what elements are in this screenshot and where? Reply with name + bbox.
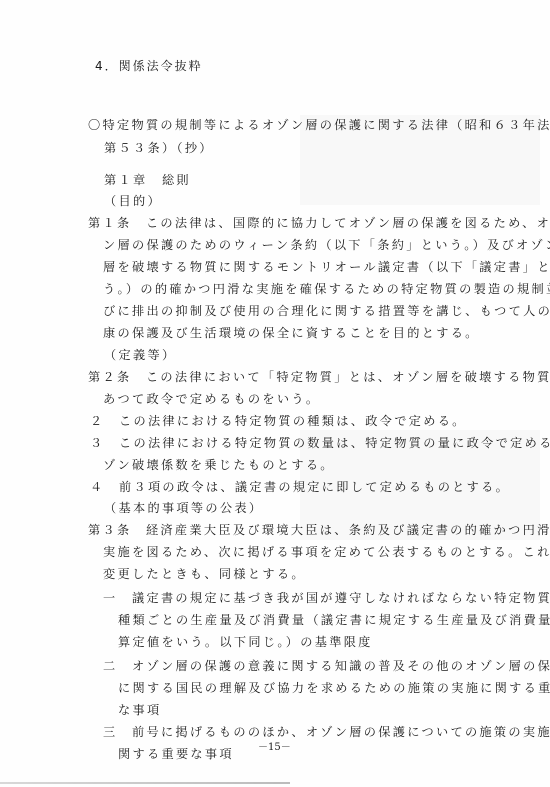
document-page: 4．関係法令抜粋 〇特定物質の規制等によるオゾン層の保護に関する法律（昭和６３年…	[0, 0, 550, 787]
article-3-line: 実施を図るため、次に掲げる事項を定めて公表するものとする。これを	[103, 544, 550, 560]
article-1-line: 層を破壊する物質に関するモントリオール議定書（以下「議定書」とい	[103, 259, 550, 275]
article-3-line: 変更したときも、同様とする。	[103, 566, 306, 582]
article-1-line: ン層の保護のためのウィーン条約（以下「条約」という。）及びオゾン	[103, 237, 550, 253]
article-2-line: ２ この法律における特定物質の種類は、政令で定める。	[90, 413, 467, 429]
article-2-line: あつて政令で定めるものをいう。	[103, 391, 320, 407]
scan-edge	[0, 782, 290, 784]
article-3-line: 第３条 経済産業大臣及び環境大臣は、条約及び議定書の的確かつ円滑な	[88, 522, 550, 538]
article-3-item: に関する国民の理解及び協力を求めるための施策の実施に関する重要	[118, 680, 550, 696]
page-number: －15－	[258, 740, 291, 756]
article-2-line: 第２条 この法律において「特定物質」とは、オゾン層を破壊する物質で	[88, 369, 550, 385]
article-1-line: 康の保護及び生活環境の保全に資することを目的とする。	[103, 325, 480, 341]
article-2-line: ３ この法律における特定物質の数量は、特定物質の量に政令で定めるオ	[90, 435, 550, 451]
article-3-item: 一 議定書の規定に基づき我が国が遵守しなければならない特定物質の	[103, 590, 550, 606]
law-title-cont: 第５３条）（抄）	[104, 140, 214, 156]
article-3-item: 関する重要な事項	[118, 746, 234, 762]
article-3-item: 種類ごとの生産量及び消費量（議定書に規定する生産量及び消費量の	[118, 612, 550, 628]
article-1-line: 第１条 この法律は、国際的に協力してオゾン層の保護を図るため、オゾ	[88, 215, 550, 231]
article-1-line: びに排出の抑制及び使用の合理化に関する措置等を講じ、もつて人の健	[103, 303, 550, 319]
article-2-line: ４ 前３項の政令は、議定書の規定に即して定めるものとする。	[90, 479, 510, 495]
section-title: 4．関係法令抜粋	[95, 58, 203, 74]
article-3-item: 三 前号に掲げるもののほか、オゾン層の保護についての施策の実施に	[103, 724, 550, 740]
article-3-item: 二 オゾン層の保護の意義に関する知識の普及その他のオゾン層の保護	[103, 658, 550, 674]
article-3-item: な事項	[118, 702, 161, 718]
article-3-item: 算定値をいう。以下同じ。）の基準限度	[118, 634, 373, 650]
chapter-heading: 第１章 総則	[104, 172, 191, 188]
law-title: 〇特定物質の規制等によるオゾン層の保護に関する法律（昭和６３年法律	[88, 117, 550, 133]
article-2-heading: （定義等）	[104, 347, 176, 363]
article-1-line: う。）の的確かつ円滑な実施を確保するための特定物質の製造の規制並	[103, 281, 550, 297]
article-2-line: ゾン破壊係数を乗じたものとする。	[103, 457, 335, 473]
article-3-heading: （基本的事項等の公表）	[104, 500, 263, 516]
article-1-heading: （目的）	[104, 193, 162, 209]
